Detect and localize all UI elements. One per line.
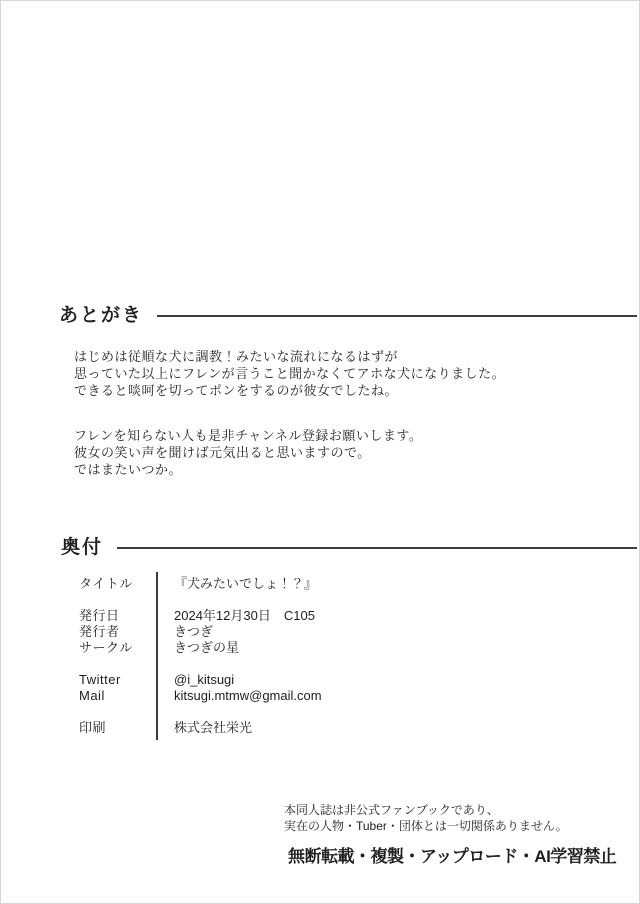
colophon-value: きつぎ [174, 624, 639, 640]
colophon-section: 奥付 タイトル 『犬みたいでしょ！？』 発行日 2024年12月30日 C105… [1, 535, 639, 867]
text-line: 実在の人物・Tuber・団体とは一切関係ありません。 [284, 818, 639, 834]
text-line: はじめは従順な犬に調教！みたいな流れになるはずが [74, 348, 639, 365]
text-line: 本同人誌は非公式ファンブックであり、 [284, 802, 639, 818]
colophon-label: 発行日 [79, 608, 174, 624]
colophon-value: きつぎの星 [174, 640, 639, 656]
afterword-section: あとがき はじめは従順な犬に調教！みたいな流れになるはずが 思っていた以上にフレ… [1, 303, 639, 478]
colophon-value: 株式会社栄光 [174, 720, 639, 736]
colophon-value-mail: kitsugi.mtmw@gmail.com [174, 688, 639, 704]
colophon-row: 発行日 2024年12月30日 C105 [79, 608, 639, 624]
colophon-label: 発行者 [79, 624, 174, 640]
colophon-value-twitter: @i_kitsugi [174, 672, 639, 688]
colophon-group-printing: 印刷 株式会社栄光 [79, 720, 639, 736]
colophon-group-title: タイトル 『犬みたいでしょ！？』 [79, 576, 639, 592]
colophon-label: 印刷 [79, 720, 174, 736]
text-line: 思っていた以上にフレンが言うこと聞かなくてアホな犬になりました。 [74, 365, 639, 382]
colophon-group-contact: Twitter @i_kitsugi Mail kitsugi.mtmw@gma… [79, 672, 639, 704]
colophon-heading: 奥付 [61, 535, 103, 561]
colophon-label: タイトル [79, 576, 174, 592]
colophon-value: 2024年12月30日 C105 [174, 608, 639, 624]
afterword-heading-row: あとがき [59, 303, 637, 329]
colophon-label: Twitter [79, 672, 174, 688]
unofficial-disclaimer: 本同人誌は非公式ファンブックであり、 実在の人物・Tuber・団体とは一切関係あ… [284, 802, 639, 834]
colophon-group-publication: 発行日 2024年12月30日 C105 発行者 きつぎ サークル きつぎの星 [79, 608, 639, 656]
colophon-table: タイトル 『犬みたいでしょ！？』 発行日 2024年12月30日 C105 発行… [79, 576, 639, 736]
colophon-heading-row: 奥付 [61, 535, 637, 561]
reproduction-prohibition-notice: 無断転載・複製・アップロード・AI学習禁止 [288, 847, 639, 867]
afterword-heading-rule [157, 315, 637, 317]
afterword-paragraph-2: フレンを知らない人も是非チャンネル登録お願いします。 彼女の笑い声を聞けば元気出… [74, 427, 639, 478]
colophon-row: 印刷 株式会社栄光 [79, 720, 639, 736]
colophon-row: 発行者 きつぎ [79, 624, 639, 640]
colophon-row: タイトル 『犬みたいでしょ！？』 [79, 576, 639, 592]
text-line: 彼女の笑い声を聞けば元気出ると思いますので。 [74, 444, 639, 461]
text-line: できると啖呵を切ってポンをするのが彼女でしたね。 [74, 382, 639, 399]
text-line: ではまたいつか。 [74, 461, 639, 478]
colophon-row: サークル きつぎの星 [79, 640, 639, 656]
afterword-paragraph-1: はじめは従順な犬に調教！みたいな流れになるはずが 思っていた以上にフレンが言うこ… [74, 348, 639, 399]
afterword-heading: あとがき [59, 303, 143, 329]
colophon-row: Twitter @i_kitsugi [79, 672, 639, 688]
colophon-label: サークル [79, 640, 174, 656]
colophon-page: あとがき はじめは従順な犬に調教！みたいな流れになるはずが 思っていた以上にフレ… [0, 0, 640, 904]
colophon-divider-rule [156, 572, 158, 740]
text-line: フレンを知らない人も是非チャンネル登録お願いします。 [74, 427, 639, 444]
colophon-label: Mail [79, 688, 174, 704]
colophon-row: Mail kitsugi.mtmw@gmail.com [79, 688, 639, 704]
colophon-heading-rule [117, 547, 637, 549]
colophon-value: 『犬みたいでしょ！？』 [174, 576, 639, 592]
